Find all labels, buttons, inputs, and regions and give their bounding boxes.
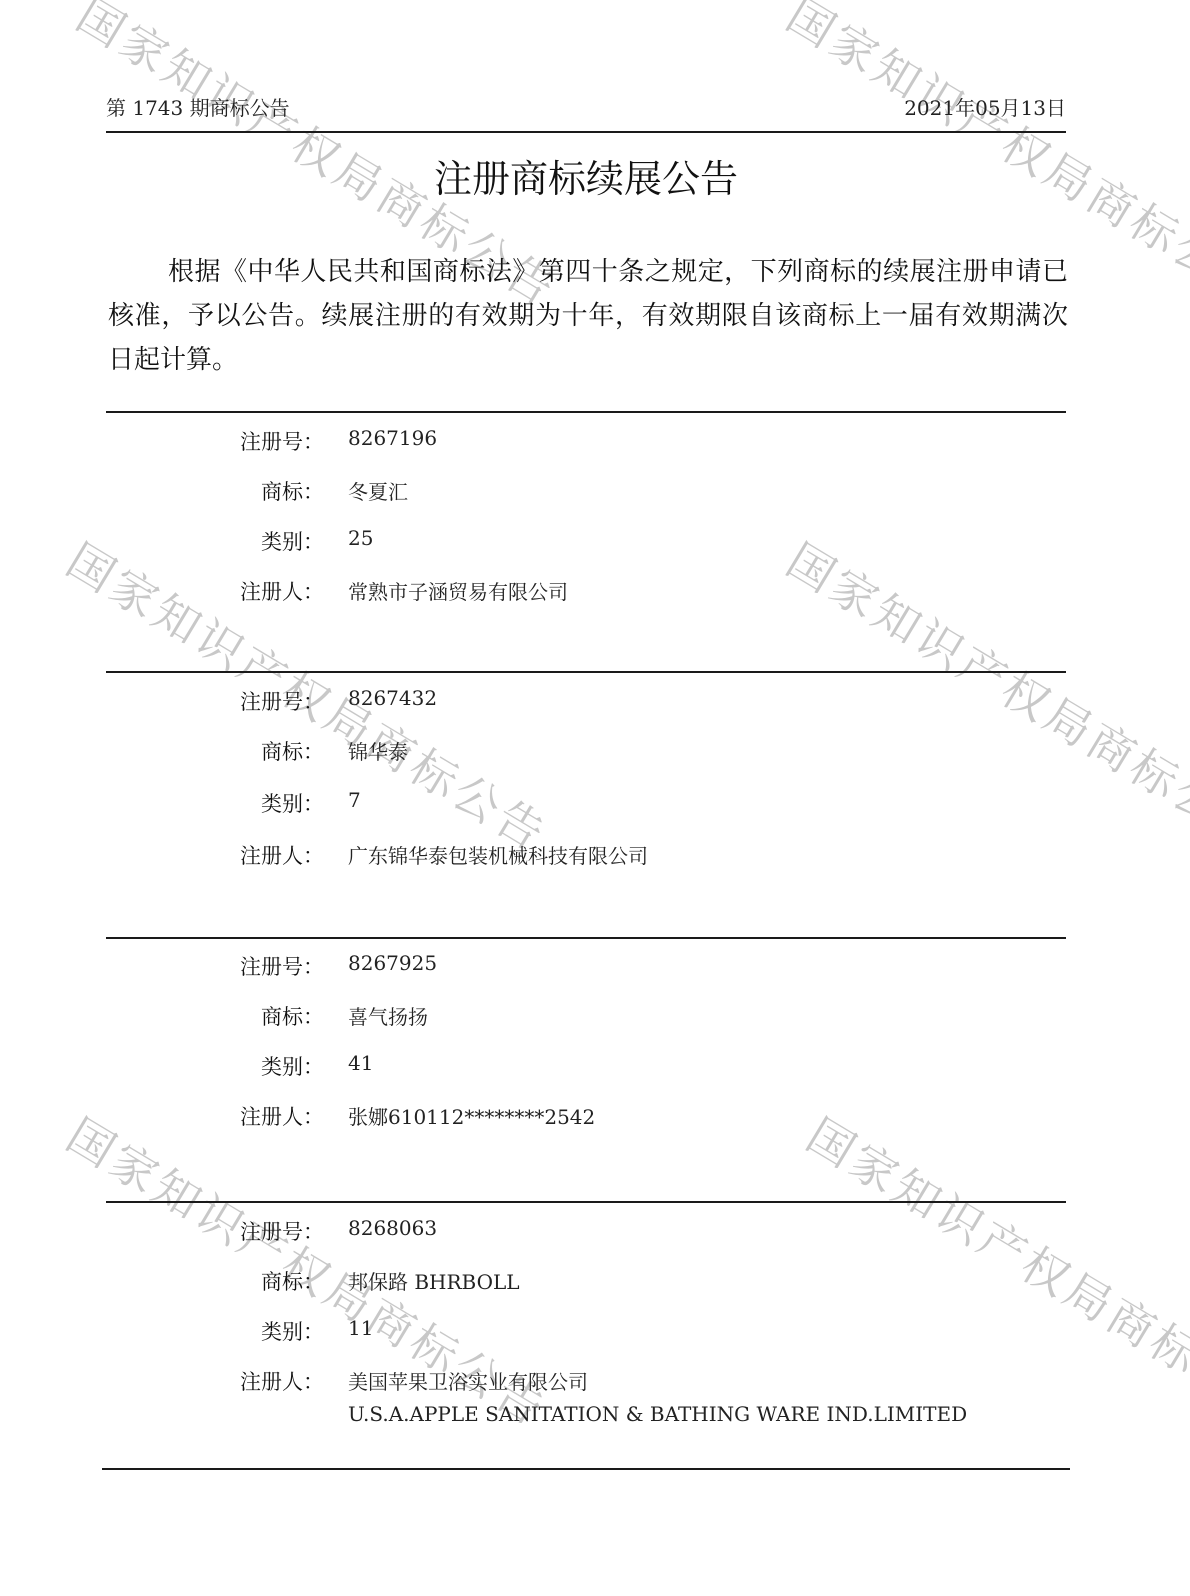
intro-paragraph: 根据《中华人民共和国商标法》第四十条之规定，下列商标的续展注册申请已核准，予以公…: [108, 250, 1068, 382]
registrant-label: 注册人：: [240, 1366, 324, 1396]
mark-value: 邦保路 BHRBOLL: [348, 1266, 520, 1295]
mark-label: 商标：: [261, 476, 324, 506]
reg-no-label: 注册号：: [240, 951, 324, 981]
publication-date: 2021年05月13日: [904, 92, 1066, 121]
registrant-label: 注册人：: [240, 576, 324, 606]
entry-divider: [106, 1201, 1066, 1203]
class-label: 类别：: [261, 788, 324, 818]
trademark-entry: 注册号：8268063 商标：邦保路 BHRBOLL 类别：11 注册人：美国苹…: [106, 1216, 1066, 1446]
reg-no-value: 8267196: [348, 426, 437, 450]
registrant-value: 常熟市子涵贸易有限公司: [348, 576, 568, 605]
registrant-value: 美国苹果卫浴实业有限公司: [348, 1366, 588, 1395]
class-value: 41: [348, 1051, 373, 1075]
entry-divider: [106, 411, 1066, 413]
reg-no-value: 8267432: [348, 686, 437, 710]
registrant-value: 张娜610112********2542: [348, 1101, 595, 1130]
page-title: 注册商标续展公告: [0, 148, 1172, 203]
reg-no-value: 8268063: [348, 1216, 437, 1240]
class-value: 11: [348, 1316, 373, 1340]
reg-no-label: 注册号：: [240, 426, 324, 456]
trademark-entry: 注册号：8267925 商标：喜气扬扬 类别：41 注册人：张娜610112**…: [106, 951, 1066, 1151]
mark-label: 商标：: [261, 1001, 324, 1031]
class-value: 7: [348, 788, 361, 812]
registrant-english-name: U.S.A.APPLE SANITATION & BATHING WARE IN…: [348, 1402, 967, 1426]
header-divider: [106, 131, 1066, 133]
mark-label: 商标：: [261, 1266, 324, 1296]
entry-divider: [106, 671, 1066, 673]
registrant-label: 注册人：: [240, 840, 324, 870]
trademark-entry: 注册号：8267196 商标：冬夏汇 类别：25 注册人：常熟市子涵贸易有限公司: [106, 426, 1066, 626]
reg-no-value: 8267925: [348, 951, 437, 975]
class-label: 类别：: [261, 1051, 324, 1081]
class-label: 类别：: [261, 1316, 324, 1346]
registrant-label: 注册人：: [240, 1101, 324, 1131]
mark-value: 冬夏汇: [348, 476, 408, 505]
footer-divider: [102, 1468, 1070, 1470]
mark-value: 喜气扬扬: [348, 1001, 428, 1030]
issue-number: 第 1743 期商标公告: [106, 92, 290, 121]
class-value: 25: [348, 526, 373, 550]
class-label: 类别：: [261, 526, 324, 556]
mark-label: 商标：: [261, 736, 324, 766]
mark-value: 锦华泰: [348, 736, 408, 765]
registrant-value: 广东锦华泰包装机械科技有限公司: [348, 840, 648, 869]
trademark-entry: 注册号：8267432 商标：锦华泰 类别：7 注册人：广东锦华泰包装机械科技有…: [106, 686, 1066, 890]
entry-divider: [106, 937, 1066, 939]
reg-no-label: 注册号：: [240, 1216, 324, 1246]
reg-no-label: 注册号：: [240, 686, 324, 716]
